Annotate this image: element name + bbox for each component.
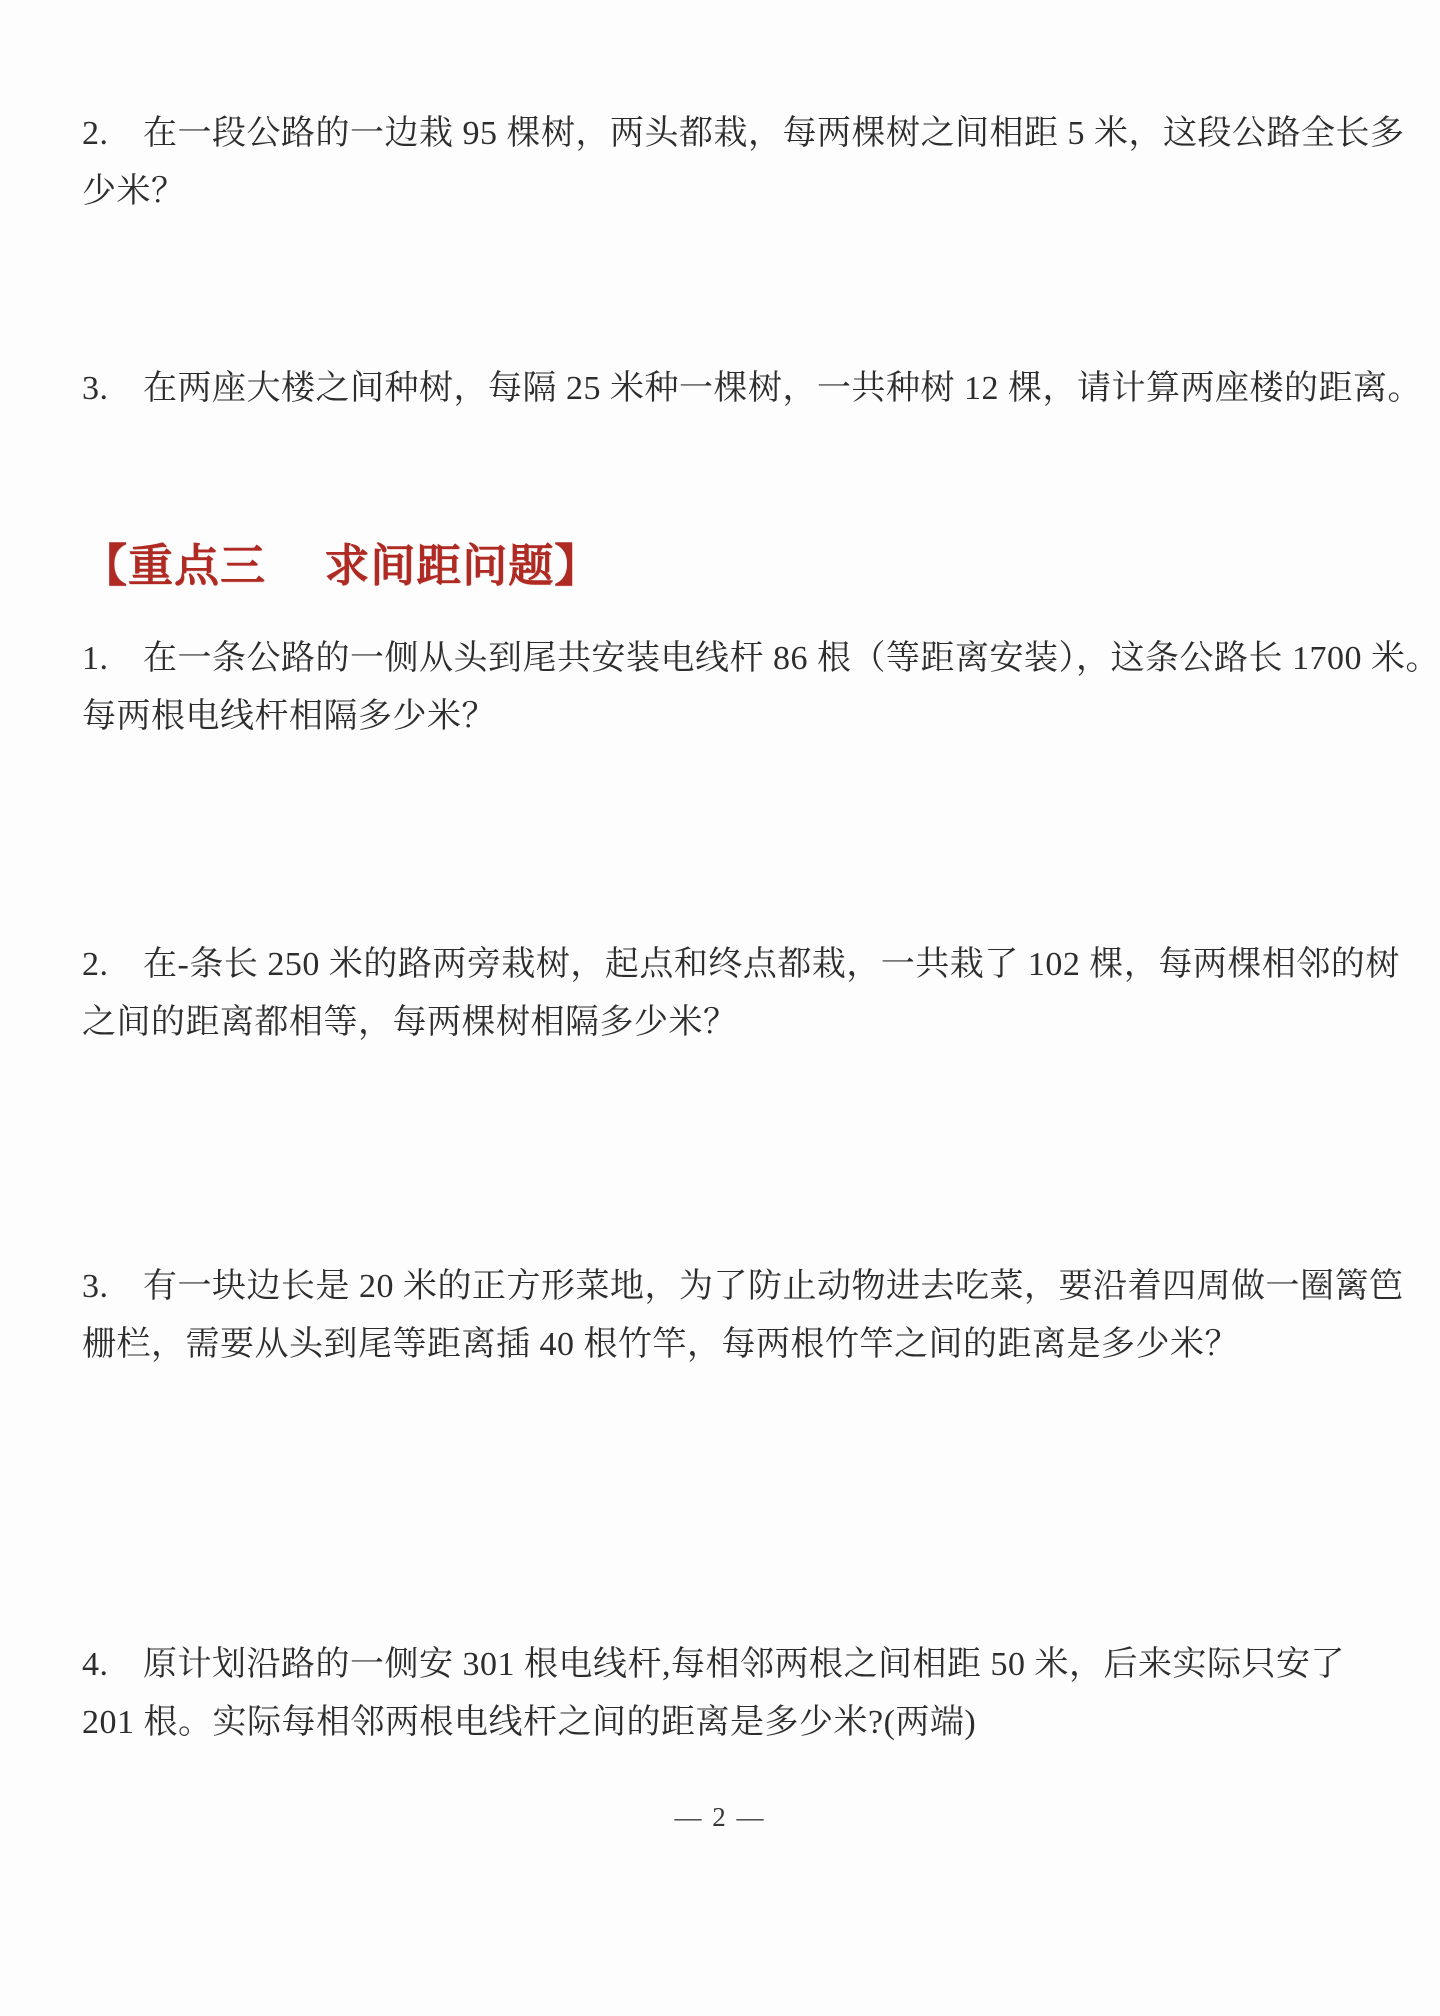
- section-question-4: 4. 原计划沿路的一侧安 301 根电线杆,每相邻两根之间相距 50 米，后来实…: [82, 1636, 1363, 1752]
- question-text-line: 之间的距离都相等，每两棵树相隔多少米？: [82, 994, 1363, 1052]
- question-text-line: 4. 原计划沿路的一侧安 301 根电线杆,每相邻两根之间相距 50 米，后来实…: [82, 1636, 1363, 1694]
- page-number: — 2 —: [0, 1800, 1440, 1834]
- question-text-line: 3. 有一块边长是 20 米的正方形菜地，为了防止动物进去吃菜，要沿着四周做一圈…: [82, 1258, 1363, 1316]
- question-text-line: 1. 在一条公路的一侧从头到尾共安装电线杆 86 根（等距离安装），这条公路长 …: [82, 630, 1363, 688]
- question-top-2: 2. 在一段公路的一边栽 95 棵树，两头都栽，每两棵树之间相距 5 米，这段公…: [82, 105, 1363, 221]
- question-text-line: 少米？: [82, 163, 1363, 221]
- question-text-line: 2. 在-条长 250 米的路两旁栽树，起点和终点都栽，一共栽了 102 棵，每…: [82, 936, 1363, 994]
- question-text-line: 2. 在一段公路的一边栽 95 棵树，两头都栽，每两棵树之间相距 5 米，这段公…: [82, 105, 1363, 163]
- question-text-line: 3. 在两座大楼之间种树，每隔 25 米种一棵树，一共种树 12 棵，请计算两座…: [82, 360, 1363, 418]
- section-question-1: 1. 在一条公路的一侧从头到尾共安装电线杆 86 根（等距离安装），这条公路长 …: [82, 630, 1363, 746]
- question-text-line: 栅栏，需要从头到尾等距离插 40 根竹竿，每两根竹竿之间的距离是多少米？: [82, 1316, 1363, 1374]
- section-question-2: 2. 在-条长 250 米的路两旁栽树，起点和终点都栽，一共栽了 102 棵，每…: [82, 936, 1363, 1052]
- section-question-3: 3. 有一块边长是 20 米的正方形菜地，为了防止动物进去吃菜，要沿着四周做一圈…: [82, 1258, 1363, 1374]
- section-heading: 【重点三 求间距问题】: [82, 536, 600, 596]
- question-text-line: 每两根电线杆相隔多少米？: [82, 688, 1363, 746]
- question-top-3: 3. 在两座大楼之间种树，每隔 25 米种一棵树，一共种树 12 棵，请计算两座…: [82, 360, 1363, 418]
- question-text-line: 201 根。实际每相邻两根电线杆之间的距离是多少米?(两端): [82, 1694, 1363, 1752]
- worksheet-page: 2. 在一段公路的一边栽 95 棵树，两头都栽，每两棵树之间相距 5 米，这段公…: [0, 0, 1440, 2016]
